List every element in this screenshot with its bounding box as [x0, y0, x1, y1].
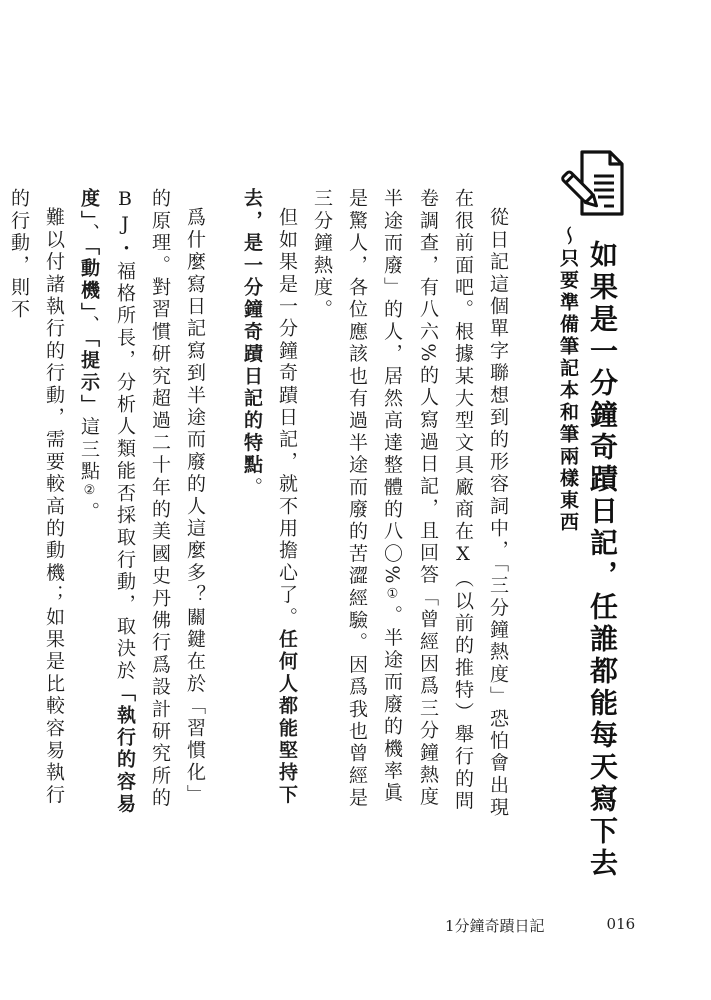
paragraph-2: 但如果是一分鐘奇蹟日記，就不用擔心了。任何人都能堅持下去，是一分鐘奇蹟日記的特點…	[234, 188, 304, 820]
footnote-marker: ①	[385, 587, 400, 605]
text-segment: 。	[241, 477, 263, 499]
page-number: 016	[607, 915, 636, 936]
text-segment: 這三點	[78, 416, 100, 483]
text-segment: 、	[78, 315, 100, 337]
emphasis-text: 「動機」	[78, 245, 100, 315]
paragraph-3: 爲什麼寫日記寫到半途而廢的人這麼多？關鍵在於「習慣化」的原理。對習慣研究超過二十…	[71, 188, 212, 820]
page-footer: 1分鐘奇蹟日記 016	[445, 915, 635, 936]
document-pencil-icon	[552, 148, 634, 228]
text-segment: 爲什麼寫日記寫到半途而廢的人這麼多？關鍵在於「習慣化」的原理。對習慣研究超過二十…	[149, 188, 206, 810]
running-book-title: 1分鐘奇蹟日記	[445, 915, 545, 936]
text-segment: 、	[78, 223, 100, 245]
text-segment: 。	[78, 501, 100, 523]
chapter-subtitle: ～只要準備筆記本和筆兩樣東西	[558, 226, 577, 534]
text-segment: X	[452, 543, 474, 568]
footnote-marker: ②	[82, 483, 97, 501]
text-segment: 難以付諸執行的行動，需要較高的動機；如果是比較容易執行的行動，則不	[8, 188, 65, 806]
book-page: 如果是一分鐘奇蹟日記，任誰都能每天寫下去 ～只要準備筆記本和筆兩樣東西 從日記這…	[0, 0, 711, 1000]
paragraph-1: 從日記這個單字聯想到的形容詞中，「三分鐘熱度」恐怕會出現在很前面吧。根據某大型文…	[304, 188, 515, 820]
text-segment: BJ	[114, 188, 136, 238]
text-segment: ・福格所長，分析人類能否採取行動，取決於	[114, 238, 136, 682]
paragraph-4: 難以付諸執行的行動，需要較高的動機；如果是比較容易執行的行動，則不	[1, 188, 71, 820]
chapter-title: 如果是一分鐘奇蹟日記，任誰都能每天寫下去	[588, 240, 616, 880]
body-text: 從日記這個單字聯想到的形容詞中，「三分鐘熱度」恐怕會出現在很前面吧。根據某大型文…	[1, 188, 515, 820]
emphasis-text: 「提示」	[78, 337, 100, 416]
text-segment: 但如果是一分鐘奇蹟日記，就不用擔心了。	[276, 207, 298, 629]
